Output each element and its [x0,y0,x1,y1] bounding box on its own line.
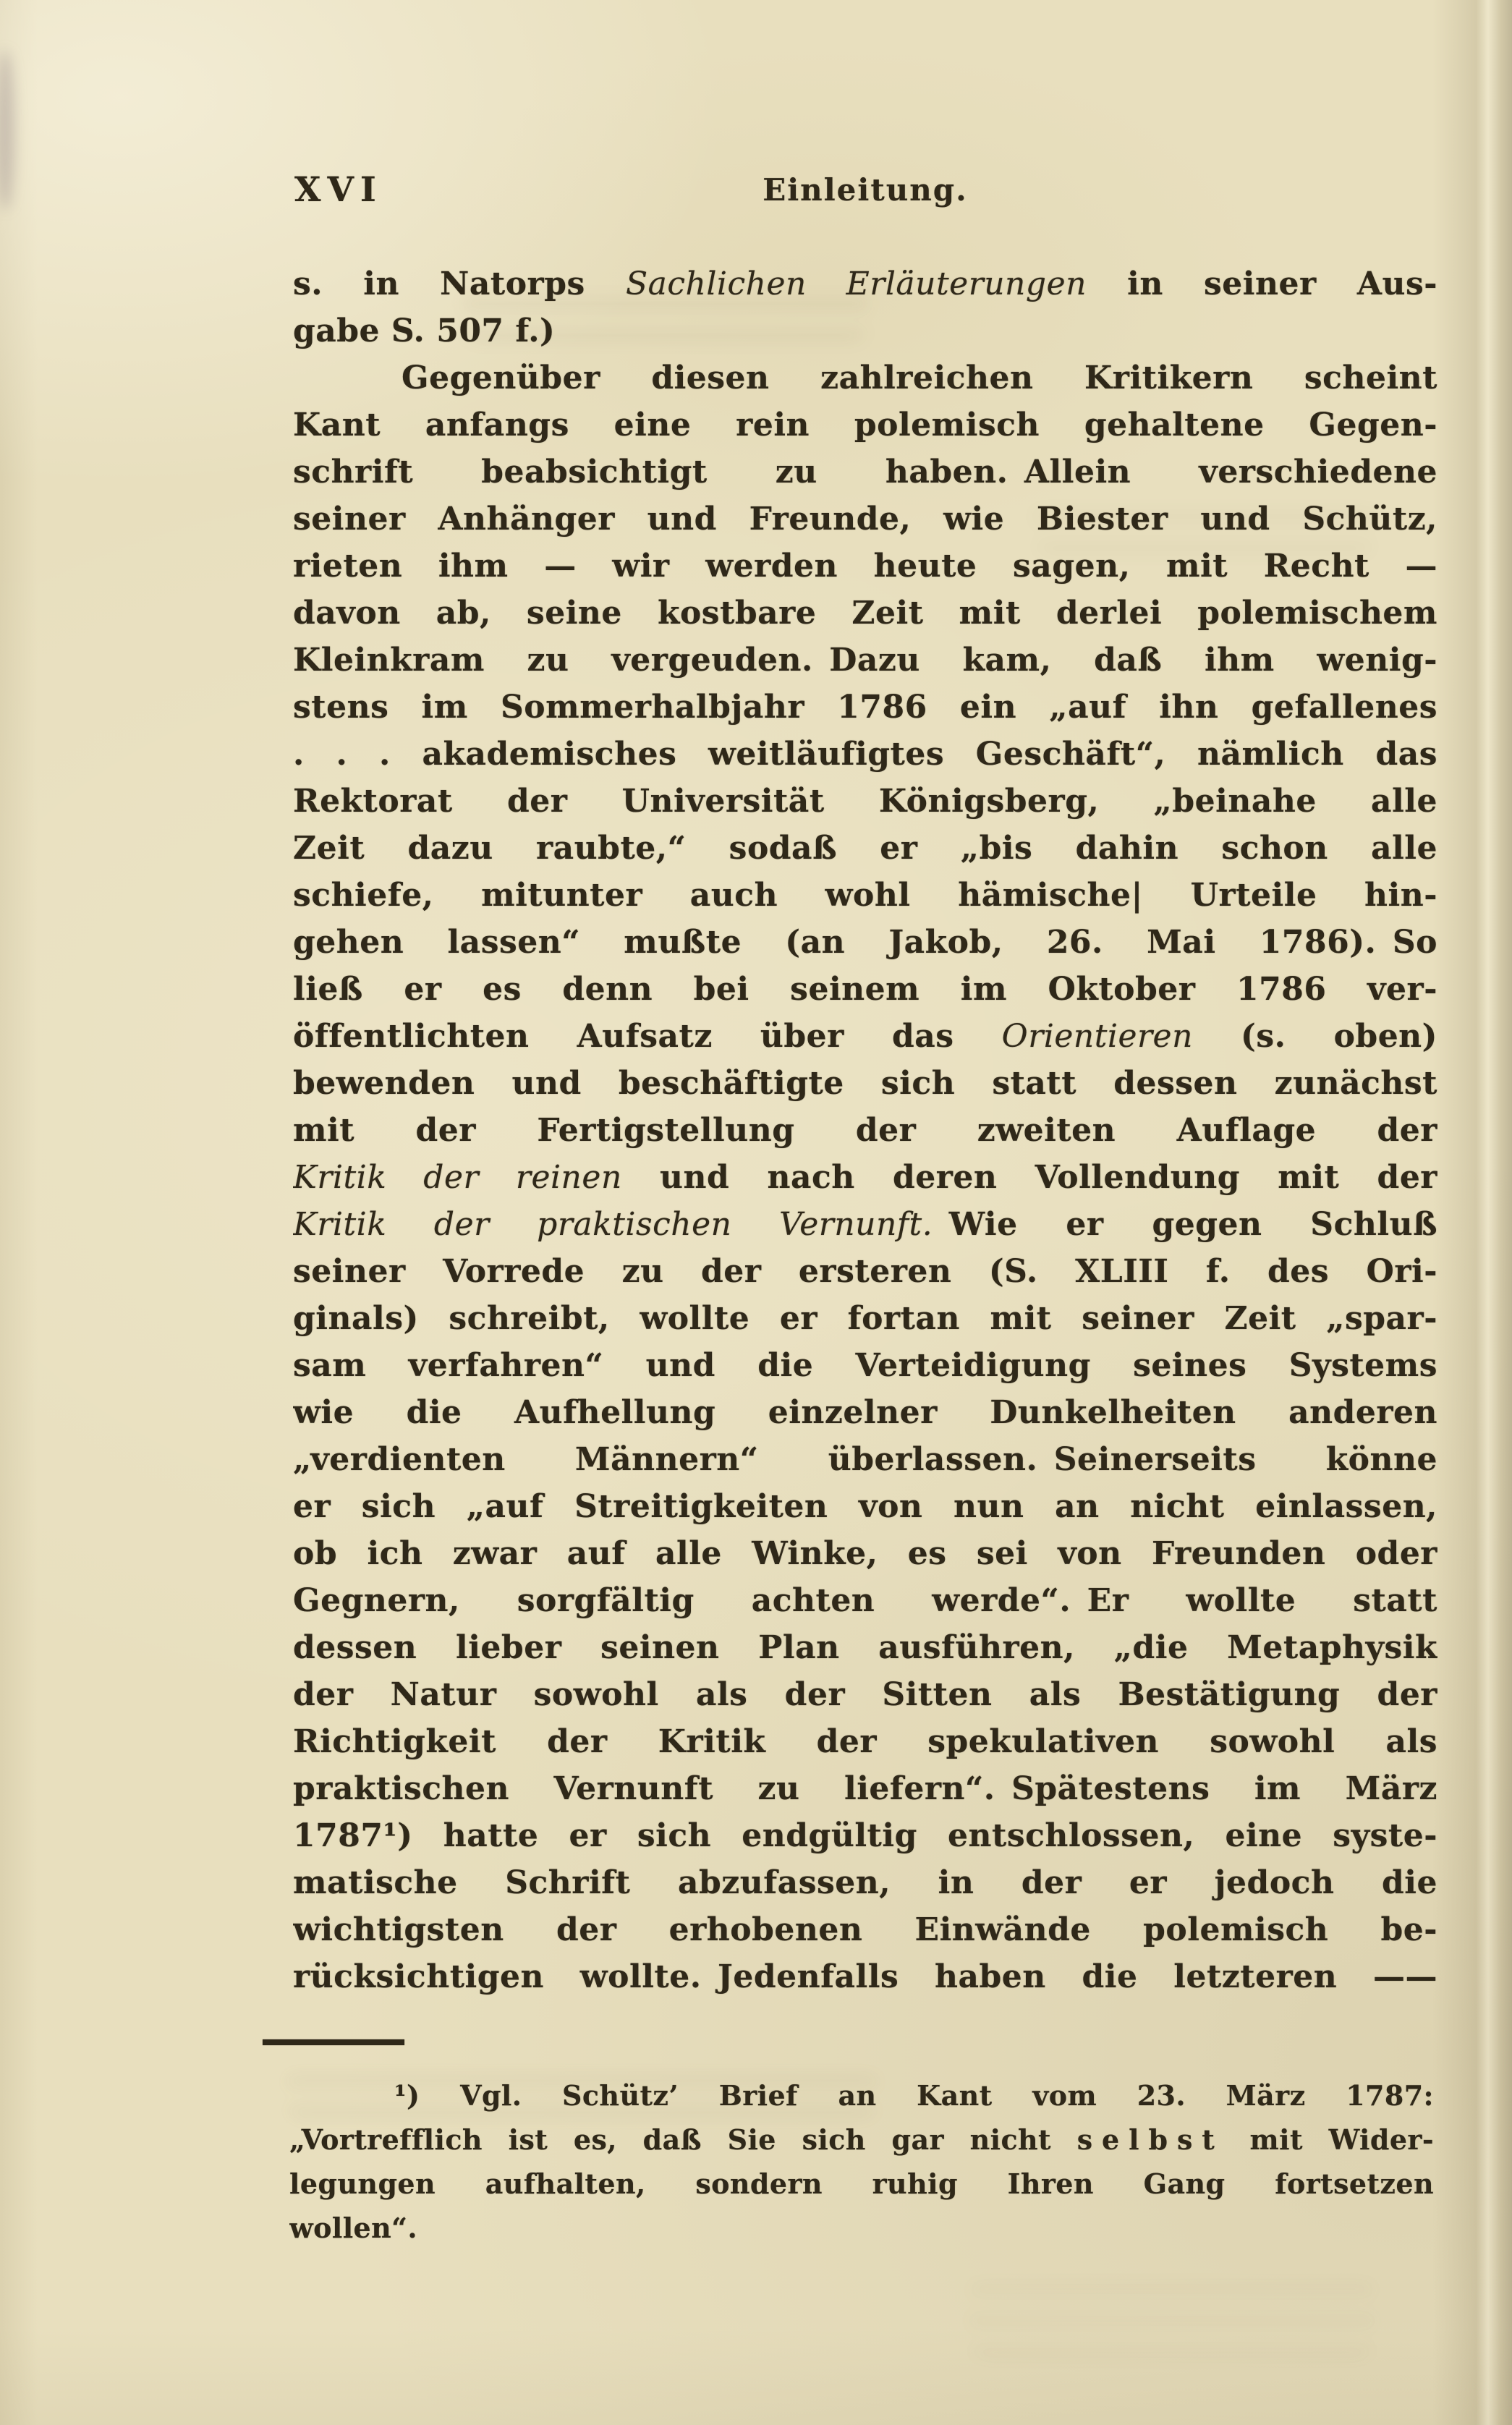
book-page-scan: { "page": { "number": "XVI", "running_ti… [0,0,1512,2425]
page-number: XVI [294,165,383,216]
body-text-line: Kritik der praktischen Vernunft. Wie er … [293,1201,1437,1248]
footnote-rule [263,2039,404,2045]
body-text-line: Richtigkeit der Kritik der spekulativen … [293,1718,1437,1765]
body-text-line: rücksichtigen wollte. Jedenfalls haben d… [293,1953,1437,2000]
page-edge-shadow [1432,0,1512,2425]
body-text-line: davon ab, seine kostbare Zeit mit derlei… [293,590,1437,637]
body-text-line: Zeit dazu raubte,“ sodaß er „bis dahin s… [293,825,1437,872]
body-text-line: gabe S. 507 f.) [293,307,1437,354]
body-text-line: schrift beabsichtigt zu haben. Allein ve… [293,449,1437,496]
body-text-line: „verdienten Männern“ überlassen. Seiners… [293,1436,1437,1483]
page-header: XVI Einleitung. [293,165,1437,216]
body-text-line: 1787¹) hatte er sich endgültig entschlos… [293,1812,1437,1859]
body-text-line: wie die Aufhellung einzelner Dunkelheite… [293,1389,1437,1436]
body-text-line: ob ich zwar auf alle Winke, es sei von F… [293,1530,1437,1577]
body-text-line: schiefe, mitunter auch wohl hämische| Ur… [293,872,1437,919]
body-text-line: Kleinkram zu vergeuden. Dazu kam, daß ih… [293,637,1437,684]
show-through-blot [969,2279,1375,2358]
footnote-text-line: „Vortrefflich ist es, daß Sie sich gar n… [289,2118,1434,2162]
body-text-line: seiner Anhänger und Freunde, wie Biester… [293,496,1437,543]
body-text-line: ließ er es denn bei seinem im Oktober 17… [293,966,1437,1013]
body-text-line: wichtigsten der erhobenen Einwände polem… [293,1906,1437,1953]
footnote-text-line: wollen“. [289,2206,1434,2250]
body-text-line: der Natur sowohl als der Sitten als Best… [293,1671,1437,1718]
footnote-text: ¹) Vgl. Schütz’ Brief an Kant vom 23. Mä… [289,2073,1434,2250]
body-text-line: matische Schrift abzufassen, in der er j… [293,1859,1437,1906]
body-text-line: ginals) schreibt, wollte er fortan mit s… [293,1295,1437,1342]
body-text-line: stens im Sommerhalbjahr 1786 ein „auf ih… [293,684,1437,731]
body-text-line: mit der Fertigstellung der zweiten Aufla… [293,1107,1437,1154]
body-text-line: bewenden und beschäftigte sich statt des… [293,1060,1437,1107]
footnote-text-line: ¹) Vgl. Schütz’ Brief an Kant vom 23. Mä… [289,2073,1434,2118]
body-text-line: dessen lieber seinen Plan ausführen, „di… [293,1624,1437,1671]
body-text-line: rieten ihm — wir werden heute sagen, mit… [293,543,1437,590]
body-text-line: Gegnern, sorgfältig achten werde“. Er wo… [293,1577,1437,1624]
body-text-line: s. in Natorps Sachlichen Erläuterungen i… [293,260,1437,307]
body-text-line: seiner Vorrede zu der ersteren (S. XLIII… [293,1248,1437,1295]
body-text-line: öffentlichten Aufsatz über das Orientier… [293,1013,1437,1060]
body-text-line: . . . akademisches weitläufigtes Geschäf… [293,731,1437,778]
body-text-line: sam verfahren“ und die Verteidigung sein… [293,1342,1437,1389]
body-text: s. in Natorps Sachlichen Erläuterungen i… [293,260,1437,2000]
footnote-text-line: legungen aufhalten, sondern ruhig Ihren … [289,2162,1434,2206]
running-title: Einleitung. [293,165,1437,216]
body-text-line: er sich „auf Streitigkeiten von nun an n… [293,1483,1437,1530]
body-text-line: Gegenüber diesen zahlreichen Kritikern s… [293,354,1437,402]
body-text-line: Kant anfangs eine rein polemisch gehalte… [293,402,1437,449]
body-text-line: praktischen Vernunft zu liefern“. Spätes… [293,1765,1437,1812]
body-text-line: gehen lassen“ mußte (an Jakob, 26. Mai 1… [293,919,1437,966]
body-text-line: Kritik der reinen und nach deren Vollend… [293,1154,1437,1201]
body-text-line: Rektorat der Universität Königsberg, „be… [293,778,1437,825]
margin-smudge [0,51,14,210]
